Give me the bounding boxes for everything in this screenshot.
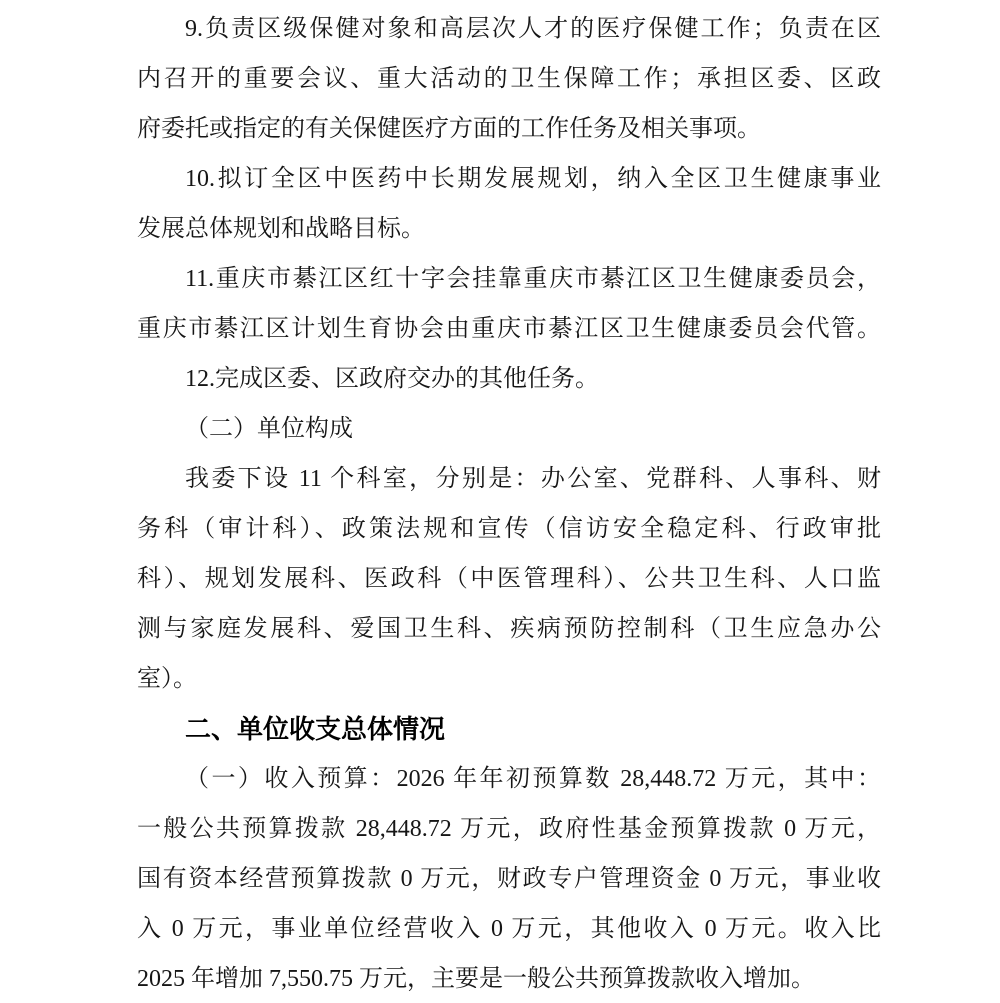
heading-line: 二、单位收支总体情况 bbox=[137, 704, 881, 754]
text-line: （一）收入预算：2026 年年初预算数 28,448.72 万元，其中： bbox=[137, 754, 881, 804]
paragraph-income-budget: （一）收入预算：2026 年年初预算数 28,448.72 万元，其中： 一般公… bbox=[137, 754, 881, 1003]
text-line: 室）。 bbox=[137, 654, 881, 704]
text-line: 务科（审计科）、政策法规和宣传（信访安全稳定科、行政审批 bbox=[137, 504, 881, 554]
text-line: 12.完成区委、区政府交办的其他任务。 bbox=[137, 354, 881, 404]
section-heading-income-expense: 二、单位收支总体情况 bbox=[137, 704, 881, 754]
text-line: 2025 年增加 7,550.75 万元，主要是一般公共预算拨款收入增加。 bbox=[137, 954, 881, 1003]
subheading-unit-composition: （二）单位构成 bbox=[137, 404, 881, 454]
text-line: 科）、规划发展科、医政科（中医管理科）、公共卫生科、人口监 bbox=[137, 554, 881, 604]
text-line: 9.负责区级保健对象和高层次人才的医疗保健工作；负责在区 bbox=[137, 4, 881, 54]
text-line: 我委下设 11 个科室，分别是：办公室、党群科、人事科、财 bbox=[137, 454, 881, 504]
text-line: 发展总体规划和战略目标。 bbox=[137, 204, 881, 254]
text-line: 11.重庆市綦江区红十字会挂靠重庆市綦江区卫生健康委员会， bbox=[137, 254, 881, 304]
text-line: 入 0 万元，事业单位经营收入 0 万元，其他收入 0 万元。收入比 bbox=[137, 904, 881, 954]
paragraph-duty-9: 9.负责区级保健对象和高层次人才的医疗保健工作；负责在区 内召开的重要会议、重大… bbox=[137, 4, 881, 154]
paragraph-duty-11: 11.重庆市綦江区红十字会挂靠重庆市綦江区卫生健康委员会， 重庆市綦江区计划生育… bbox=[137, 254, 881, 354]
paragraph-duty-12: 12.完成区委、区政府交办的其他任务。 bbox=[137, 354, 881, 404]
text-line: 内召开的重要会议、重大活动的卫生保障工作；承担区委、区政 bbox=[137, 54, 881, 104]
text-line: 重庆市綦江区计划生育协会由重庆市綦江区卫生健康委员会代管。 bbox=[137, 304, 881, 354]
paragraph-duty-10: 10.拟订全区中医药中长期发展规划，纳入全区卫生健康事业 发展总体规划和战略目标… bbox=[137, 154, 881, 254]
text-line: 一般公共预算拨款 28,448.72 万元，政府性基金预算拨款 0 万元， bbox=[137, 804, 881, 854]
text-line: （二）单位构成 bbox=[137, 404, 881, 454]
paragraph-departments: 我委下设 11 个科室，分别是：办公室、党群科、人事科、财 务科（审计科）、政策… bbox=[137, 454, 881, 704]
text-line: 国有资本经营预算拨款 0 万元，财政专户管理资金 0 万元，事业收 bbox=[137, 854, 881, 904]
text-line: 府委托或指定的有关保健医疗方面的工作任务及相关事项。 bbox=[137, 104, 881, 154]
text-line: 10.拟订全区中医药中长期发展规划，纳入全区卫生健康事业 bbox=[137, 154, 881, 204]
text-line: 测与家庭发展科、爱国卫生科、疾病预防控制科（卫生应急办公 bbox=[137, 604, 881, 654]
document-page: 9.负责区级保健对象和高层次人才的医疗保健工作；负责在区 内召开的重要会议、重大… bbox=[0, 0, 1000, 1003]
